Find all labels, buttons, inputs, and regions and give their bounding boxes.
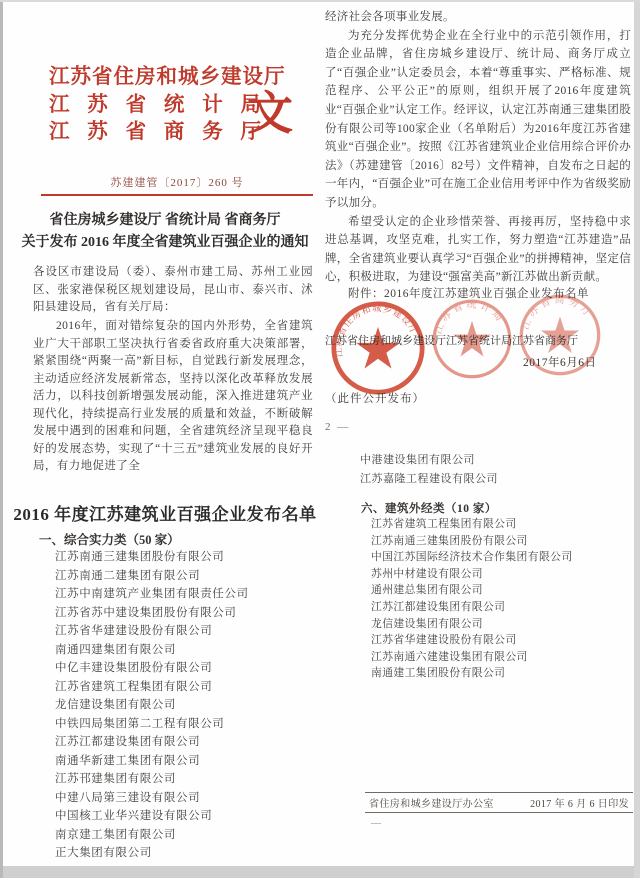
official-seal-housing-dept: 江苏省住房和城乡建设厅 — [330, 300, 426, 396]
company-name: 江苏南通二建集团有限公司 — [55, 567, 317, 586]
agency-name-3: 江苏省商务厅 — [49, 121, 261, 144]
issuing-office: 省住房和城乡建设厅办公室 — [369, 795, 494, 810]
body-paragraph-2: 为充分发挥优势企业在全行业中的示范引领作用，打造企业品牌，省住房城乡建设厅、统计… — [325, 27, 631, 213]
company-name: 正大集团有限公司 — [55, 844, 317, 863]
body-paragraph-3: 希望受认定的企业珍惜荣誉、再接再厉，坚持稳中求进总基调，攻坚克难，扎实工作，努力… — [325, 213, 631, 287]
print-date: 2017 年 6 月 6 日印发 — [530, 795, 629, 810]
scan-background-bottom — [0, 866, 640, 878]
signer-housing-dept: 江苏省住房和城乡建设厅 — [325, 332, 446, 348]
scan-background-left — [0, 0, 3, 878]
company-list-carryover: 中港建设集团有限公司江苏嘉隆工程建设有限公司 — [360, 451, 620, 489]
company-name: 江苏中南建筑产业集团有限责任公司 — [55, 585, 317, 604]
company-name: 江苏邗建集团有限公司 — [55, 770, 317, 789]
document-number: 苏建建管〔2017〕260 号 — [41, 174, 313, 190]
notice-title-line1: 省住房城乡建设厅 省统计局 省商务厅 — [21, 210, 309, 232]
notice-body-page2: 经济社会各项事业发展。 为充分发挥优势企业在全行业中的示范引领作用，打造企业品牌… — [325, 8, 631, 287]
scan-background-right — [634, 0, 640, 878]
company-name: 中港建设集团有限公司 — [360, 451, 620, 470]
company-name: 江苏嘉隆工程建设有限公司 — [360, 470, 620, 489]
company-name: 龙信建设集团有限公司 — [55, 696, 317, 715]
company-name: 江苏省华建建设股份有限公司 — [371, 632, 621, 649]
signing-agencies-row: 江苏省住房和城乡建设厅 江苏省统计局 江苏省商务厅 — [325, 332, 577, 348]
signing-date: 2017年6月6日 — [523, 354, 597, 370]
company-name: 江苏南通三建集团股份有限公司 — [55, 548, 317, 567]
document-type-char: 文 — [247, 90, 293, 138]
document-scan: 江苏省住房和城乡建设厅 江苏省统计局 江苏省商务厅 文 苏建建管〔2017〕26… — [3, 2, 634, 866]
attachment-title: 2016 年度江苏建筑业百强企业发布名单 — [13, 500, 317, 525]
company-name: 江苏省建筑工程集团有限公司 — [55, 678, 317, 697]
signer-commerce-dept: 江苏省商务厅 — [512, 332, 578, 348]
company-name: 江苏南通三建集团股份有限公司 — [371, 533, 621, 550]
company-name: 江苏省苏中建设集团股份有限公司 — [55, 604, 317, 623]
notice-title-line2: 关于发布 2016 年度全省建筑业百强企业的通知 — [21, 232, 309, 254]
company-name: 中国核工业华兴建设有限公司 — [55, 807, 317, 826]
notice-title: 省住房城乡建设厅 省统计局 省商务厅 关于发布 2016 年度全省建筑业百强企业… — [21, 210, 309, 254]
page-number-2: 2 — — [325, 421, 350, 433]
company-name: 苏州中材建设有限公司 — [371, 566, 621, 583]
page-number-1: — 1 — — [153, 440, 273, 451]
agency-name-2: 江苏省统计局 — [49, 94, 261, 117]
red-letterhead: 江苏省住房和城乡建设厅 江苏省统计局 江苏省商务厅 文 — [49, 64, 301, 144]
red-divider-line — [41, 194, 313, 196]
company-list-comprehensive: 江苏南通三建集团股份有限公司江苏南通二建集团有限公司江苏中南建筑产业集团有限责任… — [55, 548, 317, 863]
company-name: 中亿丰建设集团股份有限公司 — [55, 659, 317, 678]
company-name: 南通四建集团有限公司 — [55, 641, 317, 660]
company-name: 中国江苏国际经济技术合作集团有限公司 — [371, 549, 621, 566]
company-name: 江苏江都建设集团有限公司 — [55, 733, 317, 752]
body-paragraph-1: 2016年，面对错综复杂的国内外形势，全省建筑业广大干部职工坚决执行省委省政府重… — [33, 318, 313, 476]
company-name: 江苏南通六建建设集团有限公司 — [371, 649, 621, 666]
addressee-paragraph: 各设区市建设局（委）、泰州市建工局、苏州工业园区、张家港保税区规划建设局，昆山市… — [33, 264, 313, 317]
section-1-heading: 一、综合实力类（50 家） — [39, 530, 180, 548]
company-name: 中建八局第三建设有限公司 — [55, 789, 317, 808]
company-list-foreign-economic: 江苏省建筑工程集团有限公司江苏南通三建集团股份有限公司中国江苏国际经济技术合作集… — [371, 516, 621, 682]
company-name: 龙信建设集团有限公司 — [371, 616, 621, 633]
company-name: 南通建工集团股份有限公司 — [371, 665, 621, 682]
company-name: 江苏江都建设集团有限公司 — [371, 599, 621, 616]
scan-background-top — [0, 0, 640, 2]
section-6-heading: 六、建筑外经类（10 家） — [361, 500, 497, 516]
company-name: 江苏省建筑工程集团有限公司 — [371, 516, 621, 533]
public-release-note: （此件公开发布） — [325, 390, 425, 406]
signer-statistics-bureau: 江苏省统计局 — [446, 332, 512, 348]
document-colophon: 省住房和城乡建设厅办公室 2017 年 6 月 6 日印发 — [365, 792, 633, 813]
company-name: 南京建工集团有限公司 — [55, 826, 317, 845]
cropped-page-mark: — — [371, 818, 381, 829]
company-name: 通州建总集团有限公司 — [371, 582, 621, 599]
company-name: 南通华新建工集团有限公司 — [55, 752, 317, 771]
agency-name-1: 江苏省住房和城乡建设厅 — [49, 64, 301, 90]
company-name: 中铁四局集团第二工程有限公司 — [55, 715, 317, 734]
carryover-line: 经济社会各项事业发展。 — [325, 8, 631, 27]
company-name: 江苏省华建建设股份有限公司 — [55, 622, 317, 641]
